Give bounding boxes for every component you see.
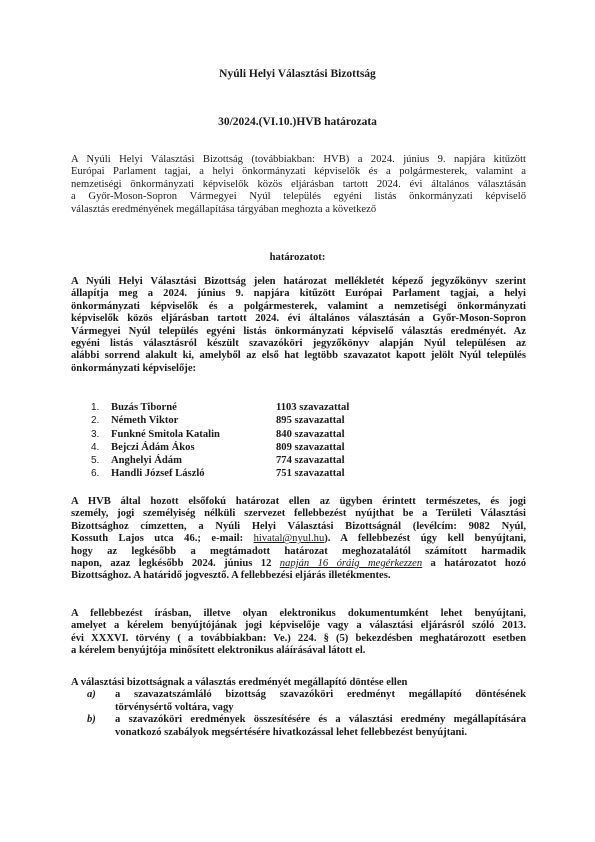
email-link[interactable]: hivatal@nyul.hu [254, 533, 325, 544]
grounds-intro: A választási bizottságnak a választás er… [71, 677, 526, 689]
deadline-text: napján 16 óráig megérkezzen [280, 558, 422, 569]
document-page: Nyúli Helyi Választási Bizottság 30/2024… [0, 0, 595, 842]
grounds-item-b: b) a szavazóköri eredmények összesítésér… [71, 714, 526, 739]
decision-heading: határozatot: [0, 252, 595, 263]
committee-title: Nyúli Helyi Választási Bizottság [0, 68, 595, 80]
candidate-list: 1.Buzás Tiborné1103 szavazattal 2.Németh… [91, 401, 349, 481]
candidate-row: 5.Anghelyi Ádám774 szavazattal [91, 454, 349, 467]
candidate-row: 4.Bejczi Ádám Ákos809 szavazattal [91, 441, 349, 454]
electronic-submission-paragraph: A fellebbezést írásban, illetve olyan el… [71, 608, 526, 658]
candidate-row: 3.Funkné Smitola Katalin840 szavazattal [91, 428, 349, 441]
grounds-item-a: a) a szavazatszámláló bizottság szavazók… [71, 689, 526, 714]
intro-paragraph: A Nyúli Helyi Választási Bizottság (tová… [71, 154, 526, 216]
candidate-row: 1.Buzás Tiborné1103 szavazattal [91, 401, 349, 414]
grounds-list: A választási bizottságnak a választás er… [71, 677, 526, 739]
candidate-row: 2.Németh Viktor895 szavazattal [91, 414, 349, 427]
candidate-row: 6.Handli József László751 szavazattal [91, 467, 349, 480]
decision-paragraph: A Nyúli Helyi Választási Bizottság jelen… [71, 276, 526, 375]
appeal-paragraph: A HVB által hozott elsőfokú határozat el… [71, 496, 526, 583]
resolution-number: 30/2024.(VI.10.)HVB határozata [0, 116, 595, 128]
